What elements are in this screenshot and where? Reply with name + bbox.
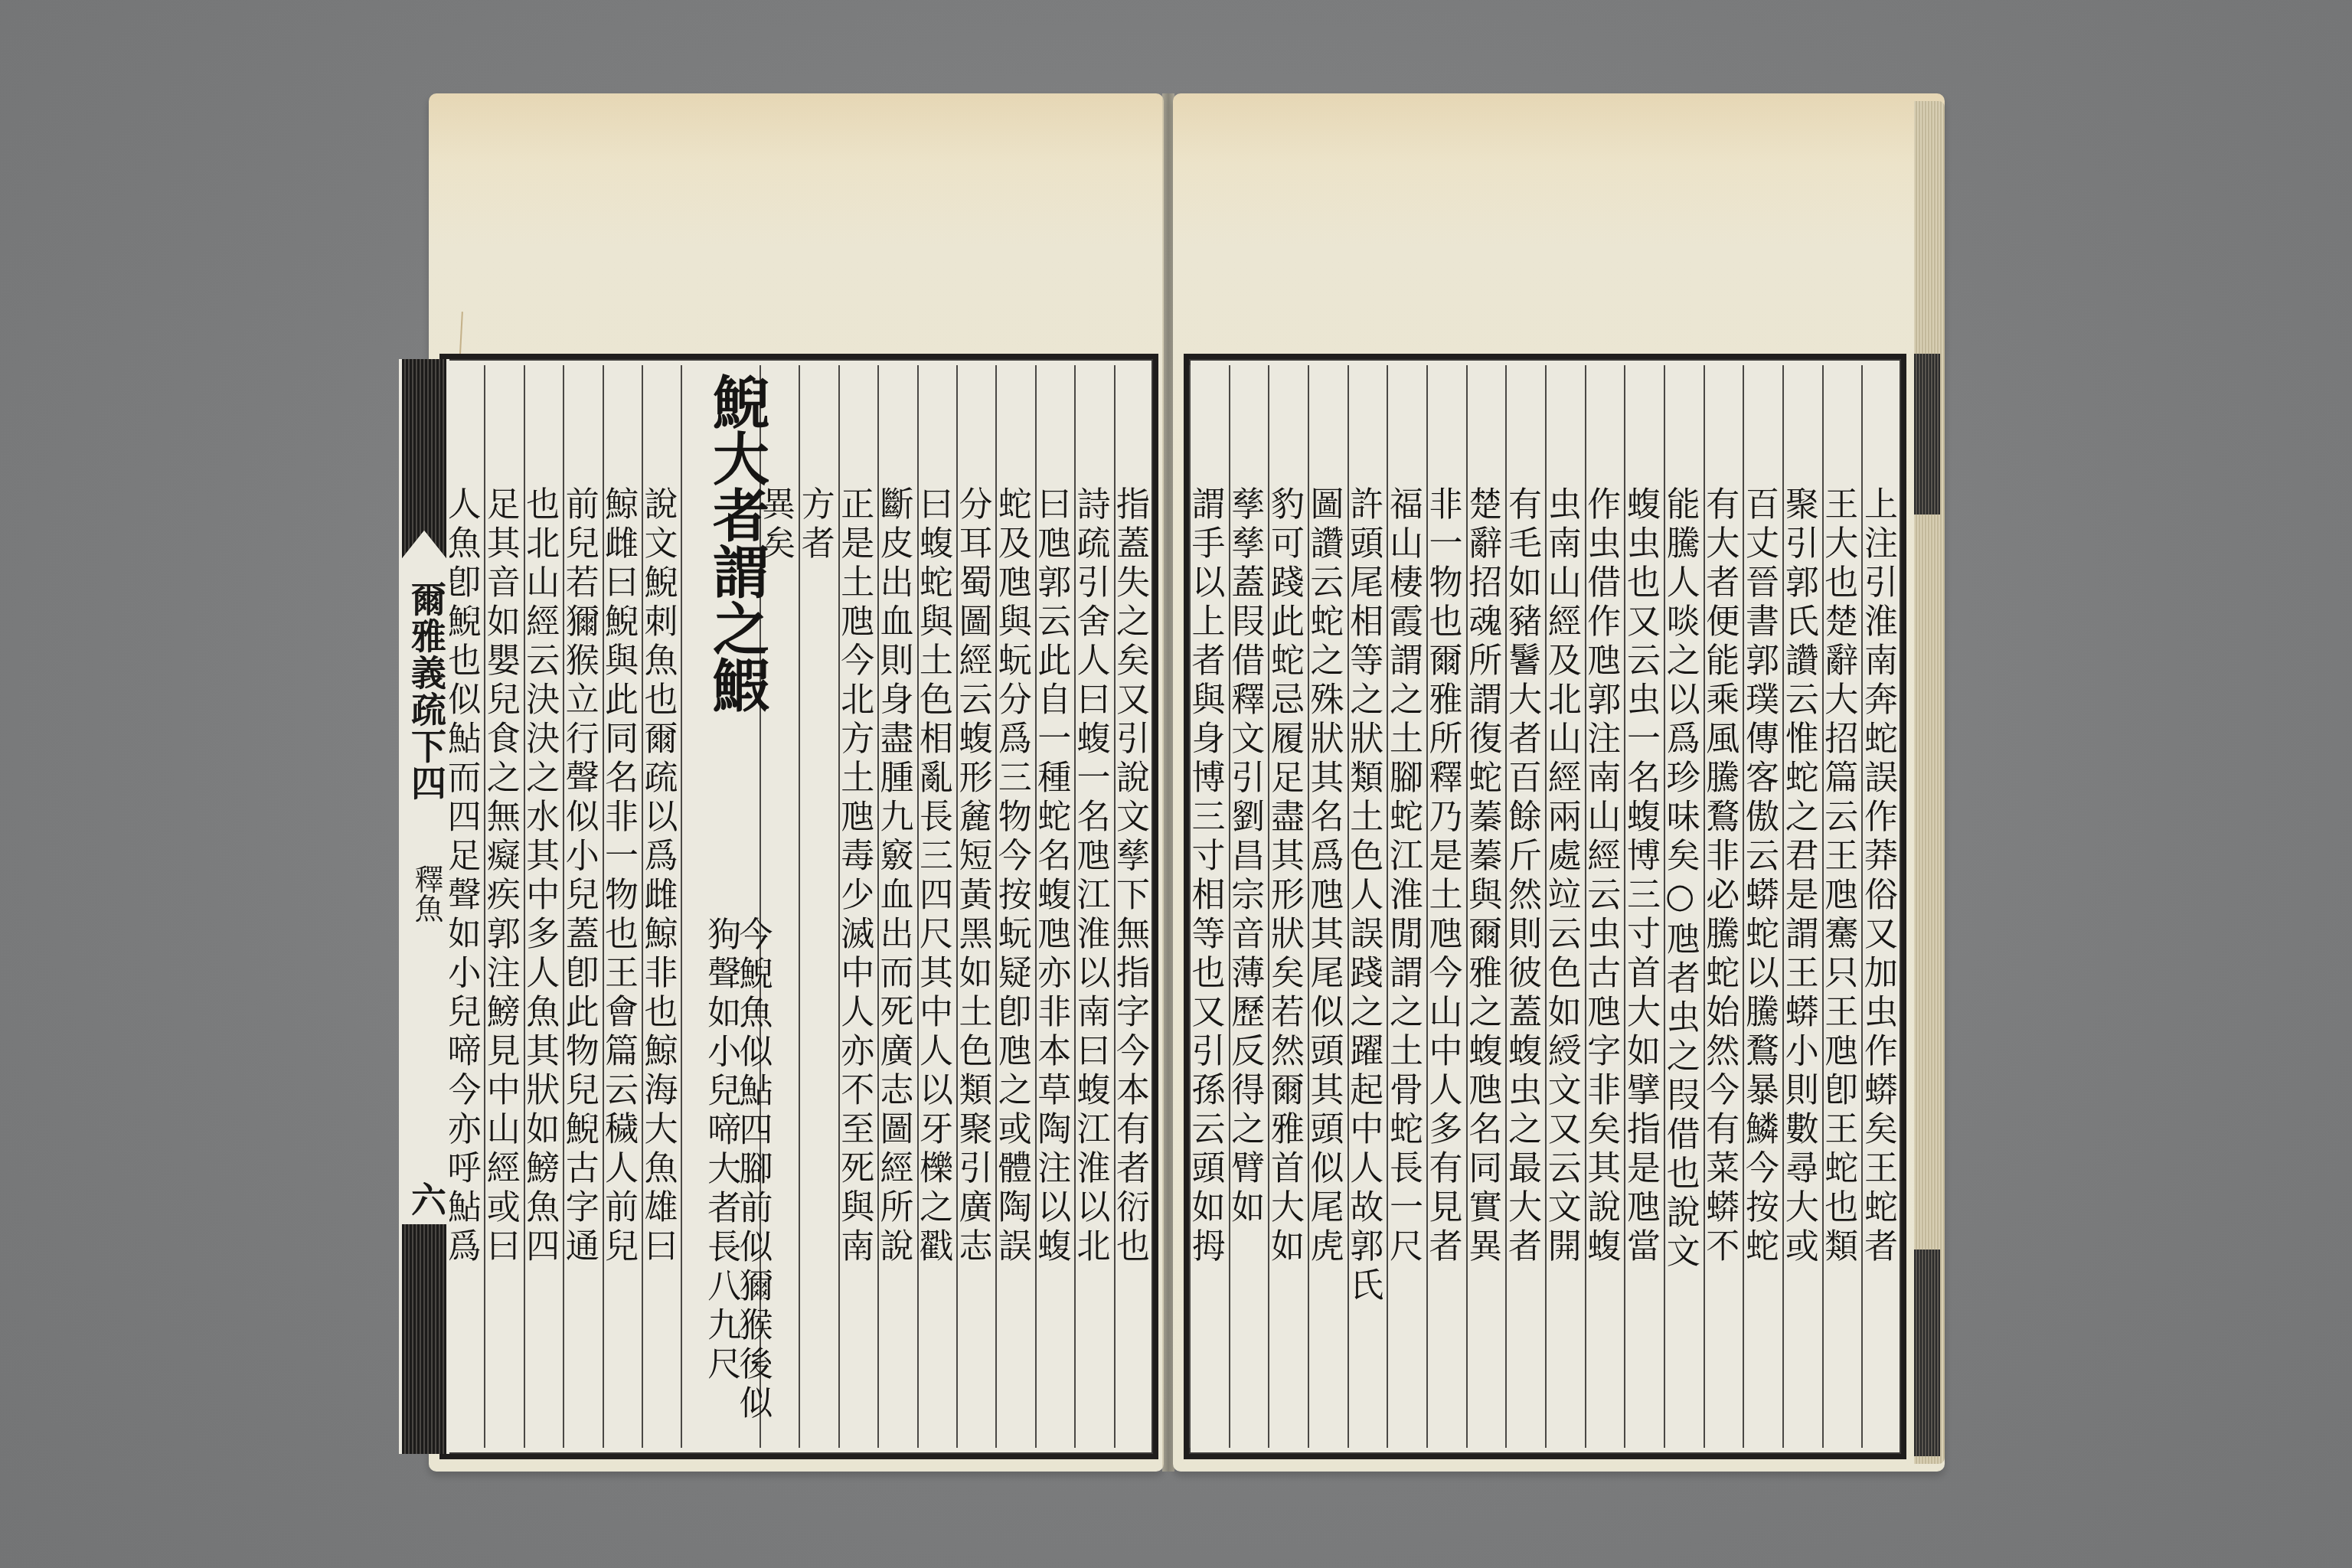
column-text: 福山棲霞謂之土腳蛇江淮閒謂之土骨蛇長一尺 [1388, 486, 1426, 1267]
column-text: 豹可踐此蛇忌履足盡其形狀矣若然爾雅首大如 [1269, 486, 1308, 1267]
column-text: 曰虺郭云此自一種蛇名蝮虺亦非本草陶注以蝮 [1037, 486, 1074, 1267]
column-text: 也北山經云決決之水其中多人魚其狀如鰟魚四 [525, 486, 563, 1267]
text-column: 有大者便能乘風騰鶩非必騰蛇始然今有菜蟒不 [1704, 365, 1743, 1448]
column-text: 曰蝮蛇與土色相亂長三四尺其中人以牙櫟之戳 [919, 486, 956, 1267]
text-column: 能騰人啖之以爲珍味矣○虺者虫之叚借也說文 [1664, 365, 1704, 1448]
text-column: 足其音如嬰兒食之無癡疾郭注鰟見中山經或曰 [484, 365, 523, 1448]
column-text: 能騰人啖之以爲珍味矣○虺者虫之叚借也說文 [1665, 486, 1704, 1272]
column-text: 足其音如嬰兒食之無癡疾郭注鰟見中山經或曰 [485, 486, 523, 1267]
text-column: 聚引郭氏讚云惟蛇之君是謂王蟒小則數尋大或 [1782, 365, 1822, 1448]
open-book: 指蓋失之矣又引說文孳下無指字今本有者衍也 詩疏引舍人曰蝮一名虺江淮以南曰蝮江淮以… [429, 93, 1945, 1472]
column-text: 蛇及虺與蚖分爲三物今按蚖疑卽虺之或體陶誤 [997, 486, 1034, 1267]
heading-text: 鯢大者謂之鰕 [704, 373, 769, 713]
column-text: 指蓋失之矣又引說文孳下無指字今本有者衍也 [1116, 486, 1153, 1267]
fish-tail-ornament-bottom [402, 1224, 446, 1454]
text-column: 方者 [799, 365, 838, 1448]
book-title-margin: 爾雅義疏下四 [399, 581, 449, 802]
column-text: 正是土虺今北方土虺毒少滅中人亦不至死與南 [840, 486, 877, 1267]
text-column: 福山棲霞謂之土腳蛇江淮閒謂之土骨蛇長一尺 [1387, 365, 1426, 1448]
stacked-page-edges [1914, 101, 1945, 1464]
text-column: 前兒若獮猴立行聲似小兒蓋卽此物兒鯢古字通 [563, 365, 602, 1448]
text-column: 謂手以上者與身博三寸相等也又引孫云頭如拇 [1189, 365, 1229, 1448]
text-column: 曰虺郭云此自一種蛇名蝮虺亦非本草陶注以蝮 [1035, 365, 1074, 1448]
column-text: 蝮虫也又云虫一名蝮博三寸首大如擘指是虺當 [1625, 486, 1664, 1267]
text-column: 圖讚云蛇之殊狀其名爲虺其尾似頭其頭似尾虎 [1308, 365, 1347, 1448]
text-column: 曰蝮蛇與土色相亂長三四尺其中人以牙櫟之戳 [917, 365, 956, 1448]
gloss-text: 今鯢魚似鮎四腳前似獮猴後似 [729, 916, 776, 1424]
column-text: 鯨雌曰鯢與此同名非一物也王會篇云穢人前兒 [604, 486, 642, 1267]
column-text: 謂手以上者與身博三寸相等也又引孫云頭如拇 [1191, 486, 1229, 1267]
page-number: 六 [399, 1181, 449, 1217]
text-column: 斷皮出血則身盡腫九竅血出而死廣志圖經所說 [877, 365, 916, 1448]
column-text: 虫南山經及北山經兩處竝云色如綬文又云文開 [1547, 486, 1585, 1267]
column-text: 上注引淮南奔蛇誤作莽俗又加虫作蟒矣王蛇者 [1863, 486, 1901, 1267]
text-column: 孳孳蓋叚借釋文引劉昌宗音薄歷反得之臂如 [1229, 365, 1269, 1448]
column-text: 人魚卽鯢也似鮎而四足聲如小兒啼今亦呼鮎爲 [446, 486, 484, 1267]
text-column: 作虫借作虺郭注南山經云虫古虺字非矣其說蝮 [1585, 365, 1625, 1448]
right-page: 上注引淮南奔蛇誤作莽俗又加虫作蟒矣王蛇者 王大也楚辭大招篇云王虺騫只王虺卽王蛇也… [1173, 93, 1945, 1472]
inked-edge-bottom [1914, 1249, 1940, 1456]
column-text: 孳孳蓋叚借釋文引劉昌宗音薄歷反得之臂如 [1230, 486, 1269, 1228]
entry-heading: 鯢大者謂之鰕 [682, 373, 759, 713]
column-text: 王大也楚辭大招篇云王虺騫只王虺卽王蛇也類 [1824, 486, 1862, 1267]
text-column: 鯨雌曰鯢與此同名非一物也王會篇云穢人前兒 [603, 365, 642, 1448]
text-column: 也北山經云決決之水其中多人魚其狀如鰟魚四 [524, 365, 563, 1448]
column-text: 詩疏引舍人曰蝮一名虺江淮以南曰蝮江淮以北 [1076, 486, 1113, 1267]
text-column: 上注引淮南奔蛇誤作莽俗又加虫作蟒矣王蛇者 [1861, 365, 1901, 1448]
column-text: 斷皮出血則身盡腫九竅血出而死廣志圖經所說 [879, 486, 916, 1267]
column-text: 楚辭招魂所謂復蛇蓁蓁與爾雅之蝮虺名同實異 [1468, 486, 1506, 1267]
text-column: 人魚卽鯢也似鮎而四足聲如小兒啼今亦呼鮎爲 [445, 365, 484, 1448]
heading-column: 鯢大者謂之鰕 狗聲如小兒啼大者長八九尺 今鯢魚似鮎四腳前似獮猴後似 [681, 365, 759, 1448]
text-column: 豹可踐此蛇忌履足盡其形狀矣若然爾雅首大如 [1268, 365, 1308, 1448]
text-column: 楚辭招魂所謂復蛇蓁蓁與爾雅之蝮虺名同實異 [1466, 365, 1506, 1448]
column-text: 有毛如豬鬐大者百餘斤然則彼蓋蝮虫之最大者 [1507, 486, 1545, 1267]
text-column: 虫南山經及北山經兩處竝云色如綬文又云文開 [1545, 365, 1585, 1448]
text-column: 百丈晉書郭璞傳客傲云蟒蛇以騰鶩暴鱗今按蛇 [1743, 365, 1782, 1448]
text-column: 有毛如豬鬐大者百餘斤然則彼蓋蝮虫之最大者 [1505, 365, 1545, 1448]
column-text: 聚引郭氏讚云惟蛇之君是謂王蟒小則數尋大或 [1784, 486, 1822, 1267]
text-column: 蝮虫也又云虫一名蝮博三寸首大如擘指是虺當 [1624, 365, 1664, 1448]
column-text: 許頭尾相等之狀類土色人誤踐之躍起中人故郭氏 [1349, 486, 1387, 1306]
fish-tail-ornament-top [402, 359, 446, 558]
left-page-text-frame: 指蓋失之矣又引說文孳下無指字今本有者衍也 詩疏引舍人曰蝮一名虺江淮以南曰蝮江淮以… [439, 354, 1158, 1459]
right-text-columns: 上注引淮南奔蛇誤作莽俗又加虫作蟒矣王蛇者 王大也楚辭大招篇云王虺騫只王虺卽王蛇也… [1189, 365, 1901, 1448]
column-text: 說文鯢刺魚也爾疏以爲雌鯨非也鯨海大魚雄曰 [643, 486, 681, 1267]
column-text: 非一物也爾雅所釋乃是土虺今山中人多有見者 [1428, 486, 1466, 1267]
text-column: 詩疏引舍人曰蝮一名虺江淮以南曰蝮江淮以北 [1074, 365, 1113, 1448]
column-text: 有大者便能乘風騰鶩非必騰蛇始然今有菜蟒不 [1705, 486, 1743, 1267]
text-column: 許頭尾相等之狀類土色人誤踐之躍起中人故郭氏 [1347, 365, 1387, 1448]
left-text-columns: 指蓋失之矣又引說文孳下無指字今本有者衍也 詩疏引舍人曰蝮一名虺江淮以南曰蝮江淮以… [445, 365, 1153, 1448]
text-column: 分耳蜀圖經云蝮形麄短黃黑如土色類聚引廣志 [956, 365, 995, 1448]
column-text: 前兒若獮猴立行聲似小兒蓋卽此物兒鯢古字通 [564, 486, 602, 1267]
left-page: 指蓋失之矣又引說文孳下無指字今本有者衍也 詩疏引舍人曰蝮一名虺江淮以南曰蝮江淮以… [429, 93, 1164, 1472]
text-column: 蛇及虺與蚖分爲三物今按蚖疑卽虺之或體陶誤 [995, 365, 1034, 1448]
text-column: 非一物也爾雅所釋乃是土虺今山中人多有見者 [1426, 365, 1466, 1448]
left-fold-margin: 爾雅義疏下四 釋魚 六 [399, 359, 449, 1454]
column-text: 作虫借作虺郭注南山經云虫古虺字非矣其說蝮 [1586, 486, 1625, 1267]
column-text: 分耳蜀圖經云蝮形麄短黃黑如土色類聚引廣志 [958, 486, 995, 1267]
right-page-text-frame: 上注引淮南奔蛇誤作莽俗又加虫作蟒矣王蛇者 王大也楚辭大招篇云王虺騫只王虺卽王蛇也… [1184, 354, 1906, 1459]
column-text: 方者 [800, 486, 838, 564]
text-column: 正是土虺今北方土虺毒少滅中人亦不至死與南 [838, 365, 877, 1448]
text-column: 說文鯢刺魚也爾疏以爲雌鯨非也鯨海大魚雄曰 [642, 365, 681, 1448]
column-text: 圖讚云蛇之殊狀其名爲虺其尾似頭其頭似尾虎 [1309, 486, 1347, 1267]
text-column: 王大也楚辭大招篇云王虺騫只王虺卽王蛇也類 [1822, 365, 1862, 1448]
column-text: 百丈晉書郭璞傳客傲云蟒蛇以騰鶩暴鱗今按蛇 [1744, 486, 1782, 1267]
section-title-margin: 釋魚 [399, 864, 449, 923]
inked-edge-top [1914, 354, 1940, 514]
text-column: 指蓋失之矣又引說文孳下無指字今本有者衍也 [1114, 365, 1153, 1448]
